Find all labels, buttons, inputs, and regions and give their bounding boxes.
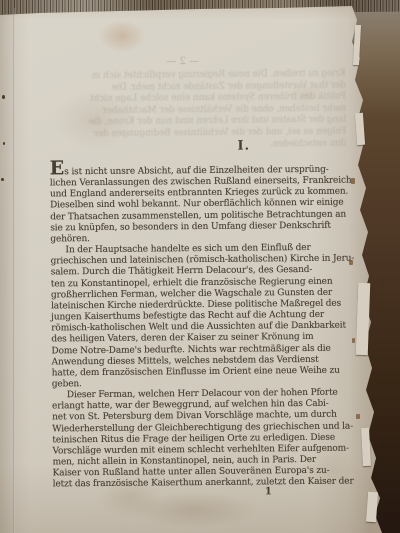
paragraph: Dieser Ferman, welchen Herr Delacour von… <box>52 388 353 491</box>
text-line: letzt das französische Kaiserthum anerka… <box>53 477 353 491</box>
book-page-photo: — 2 — Krieg zu treiben. Die neue Regieru… <box>0 0 400 533</box>
page-content: — 2 — Krieg zu treiben. Die neue Regieru… <box>0 0 400 533</box>
paragraph: In der Hauptsache handelte es sich um de… <box>50 243 351 391</box>
bleed-through-text: Krieg zu treiben. Die neue Regierung ver… <box>50 69 347 153</box>
bleed-through-page-number: — 2 — <box>138 56 228 68</box>
section-heading: I. <box>237 139 250 154</box>
paragraph: Es ist nicht unsre Absicht, auf die Einz… <box>50 162 351 246</box>
drop-cap: E <box>50 157 65 179</box>
signature-mark: 1 <box>265 486 272 497</box>
body-text: Es ist nicht unsre Absicht, auf die Einz… <box>50 162 353 491</box>
